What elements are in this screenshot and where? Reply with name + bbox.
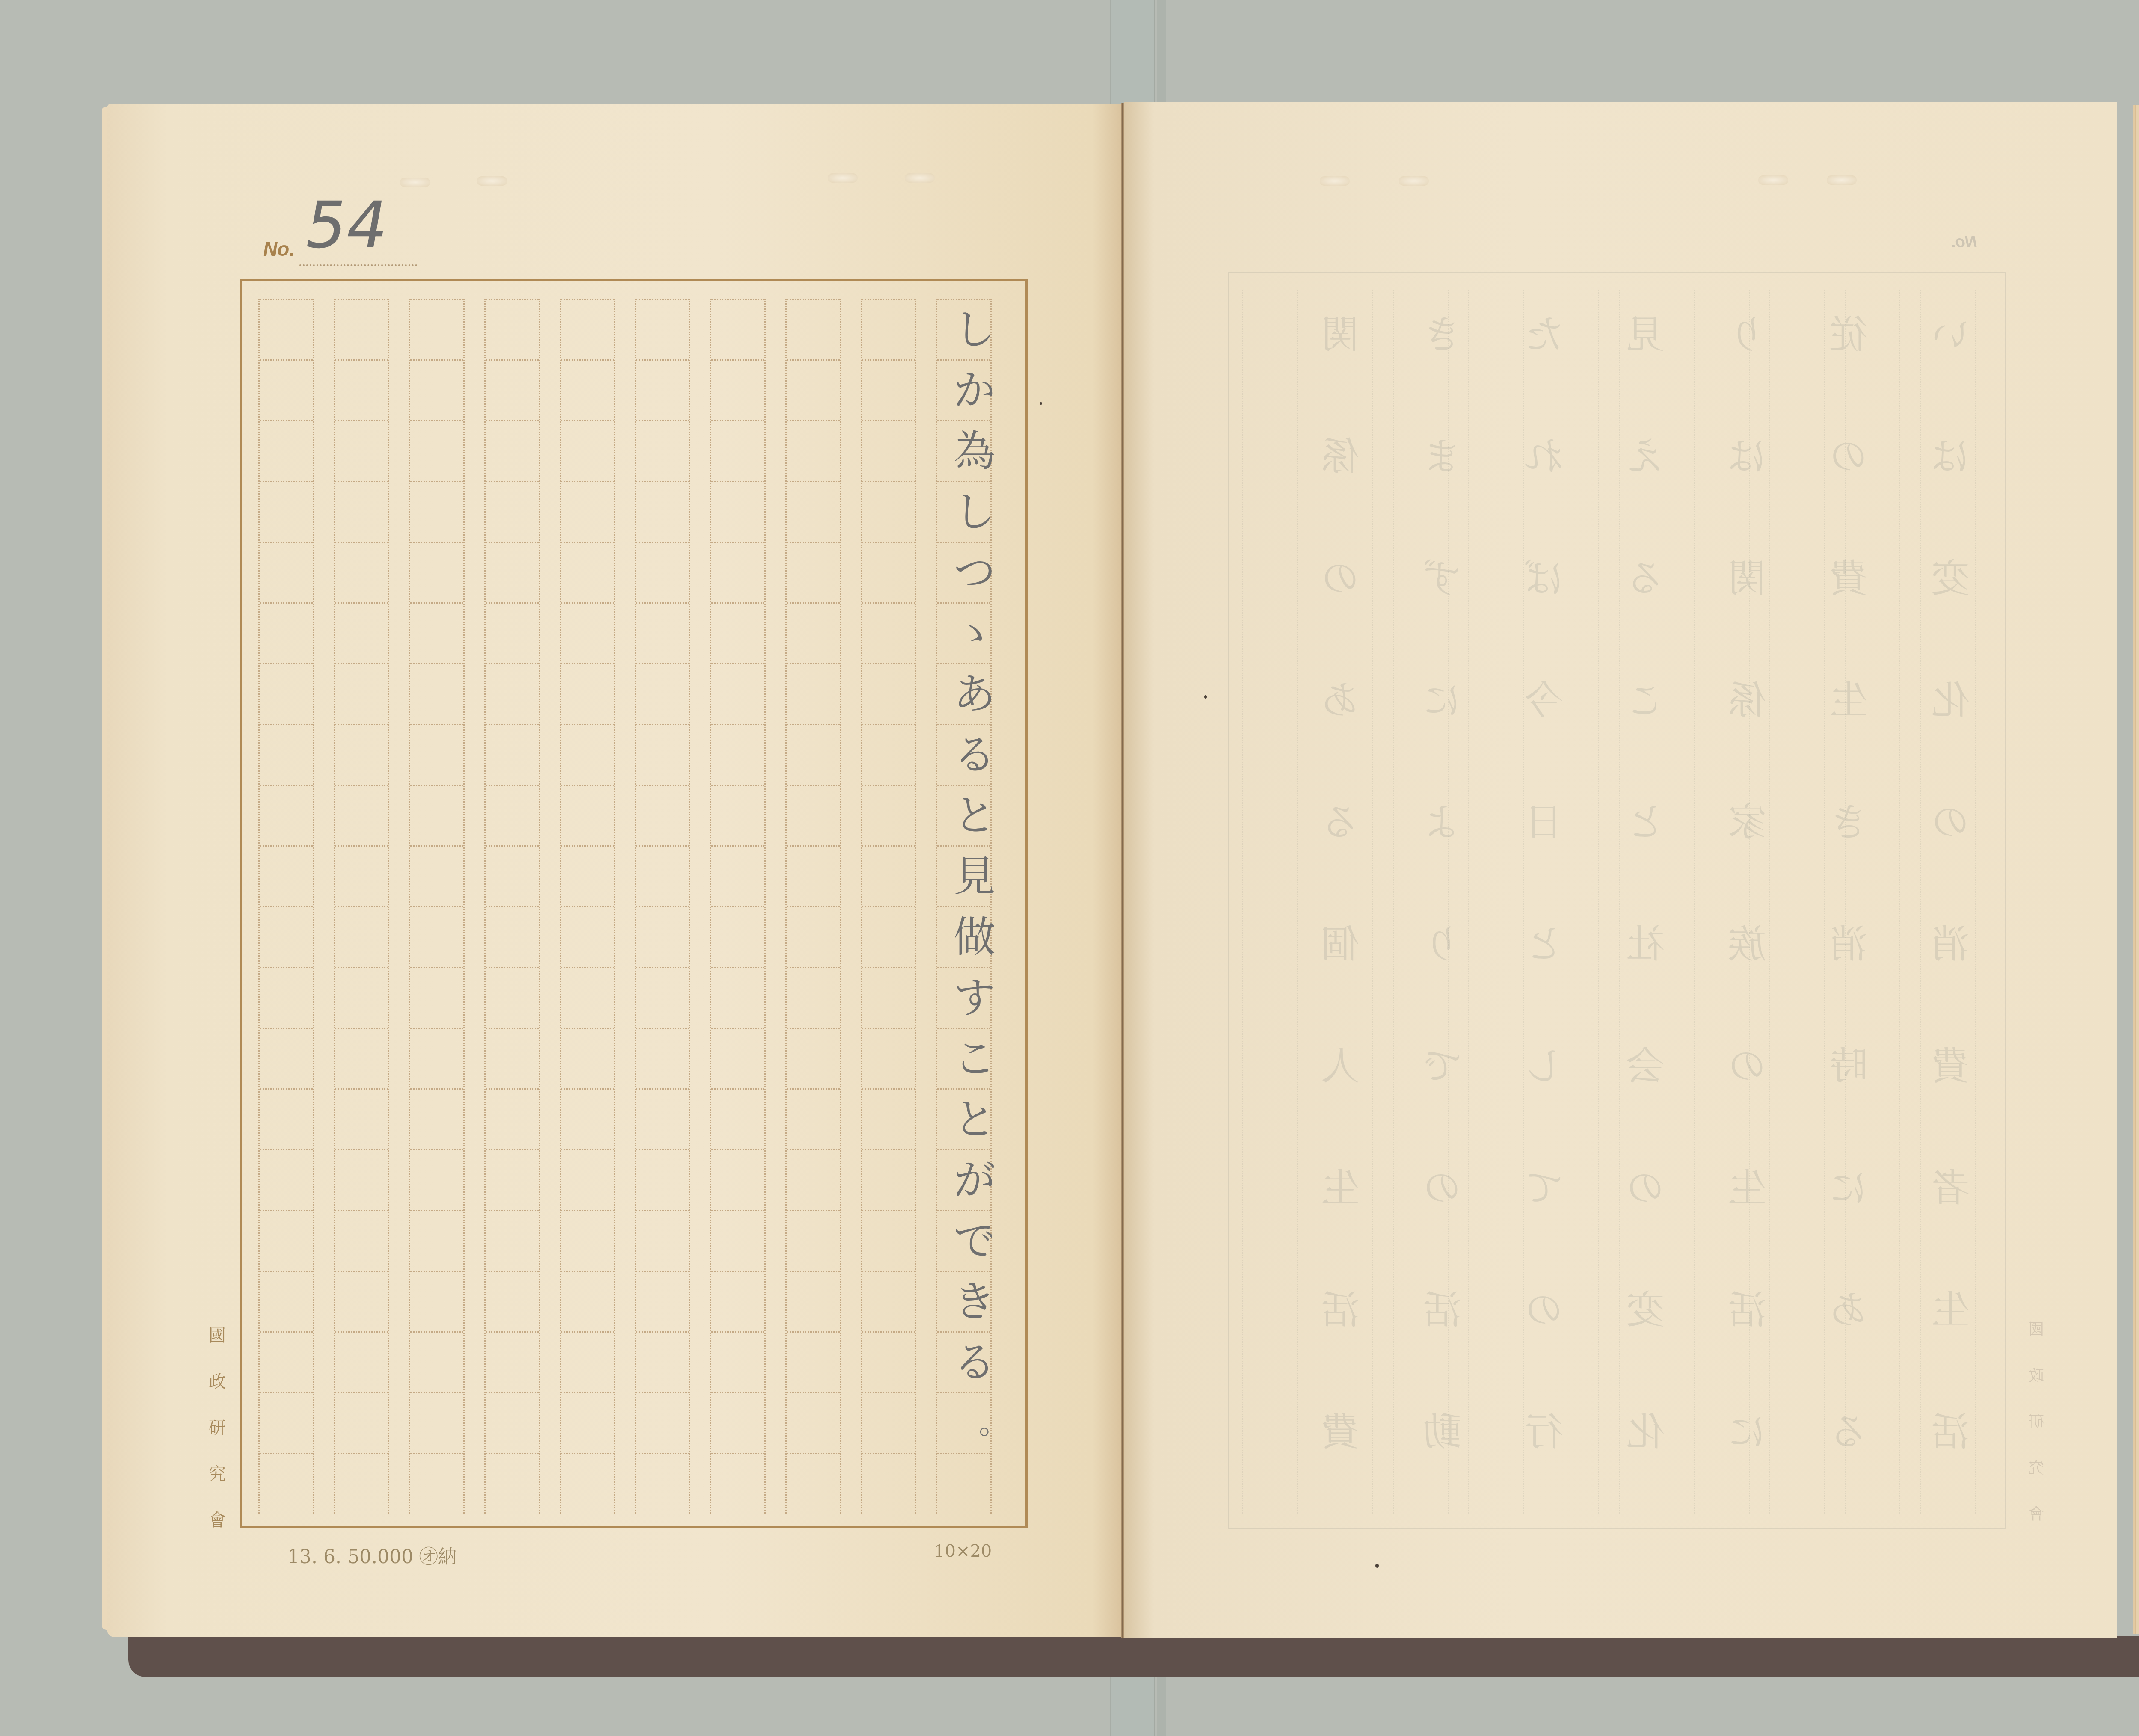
ghost-char: え [1618, 425, 1673, 481]
grid-cell [486, 542, 539, 602]
grid-cell [260, 1088, 313, 1149]
ghost-grid-column [1769, 290, 1825, 1514]
grid-cell [260, 967, 313, 1028]
ghost-char: の [1821, 425, 1876, 481]
ghost-char: 関 [1719, 547, 1775, 603]
ghost-char: 活 [1414, 1279, 1470, 1334]
grid-cell [410, 1271, 463, 1331]
ghost-char: の [1516, 1279, 1572, 1334]
ghost-char: 社 [1618, 913, 1673, 969]
grid-cell [260, 299, 313, 359]
grid-cell [260, 1453, 313, 1514]
emboss-mark [1320, 176, 1350, 186]
grid-cell [260, 785, 313, 845]
grid-cell [787, 1149, 840, 1210]
ghost-char: り [1414, 913, 1470, 969]
ghost-char: よ [1414, 791, 1470, 847]
grid-cell [335, 785, 388, 845]
handwritten-char: 做 [940, 907, 1009, 968]
grid-cell [486, 1331, 539, 1392]
grid-cell [486, 481, 539, 542]
handwritten-char: か [940, 360, 1009, 421]
grid-cell [636, 1088, 689, 1149]
grid-cell [410, 663, 463, 724]
ghost-char: ば [1516, 547, 1572, 603]
ghost-char: 関 [1312, 303, 1368, 359]
ghost-char: 変 [1923, 547, 1978, 603]
ghost-char: 化 [1923, 669, 1978, 725]
ghost-char: る [1618, 547, 1673, 603]
grid-cell [636, 1271, 689, 1331]
grid-cell [862, 1271, 915, 1331]
grid-cell [787, 481, 840, 542]
grid-column [861, 299, 916, 1514]
grid-cell [711, 1088, 764, 1149]
grid-cell [711, 602, 764, 663]
grid-cell [862, 1210, 915, 1271]
ghost-char: 見 [1618, 303, 1673, 359]
grid-cell [335, 1088, 388, 1149]
grid-cell [711, 1210, 764, 1271]
grid-cell [787, 724, 840, 785]
ghost-char: 消 [1923, 913, 1978, 969]
grid-cell [260, 1331, 313, 1392]
grid-column [409, 299, 465, 1514]
grid-cell [711, 1271, 764, 1331]
grid-cell [711, 1149, 764, 1210]
grid-cell [486, 724, 539, 785]
page-number-label: No. [263, 237, 295, 261]
grid-cell [410, 359, 463, 420]
grid-cell [410, 1331, 463, 1392]
grid-cell [486, 1453, 539, 1514]
grid-cell [636, 724, 689, 785]
paper-speck [1040, 402, 1042, 405]
grid-cell [486, 845, 539, 906]
grid-cell [711, 785, 764, 845]
ghost-char: 族 [1719, 913, 1775, 969]
paper-speck [1204, 695, 1207, 699]
grid-cell [260, 1392, 313, 1453]
grid-cell [636, 1331, 689, 1392]
ghost-char: て [1516, 1157, 1572, 1212]
grid-cell [486, 420, 539, 481]
grid-cell [862, 724, 915, 785]
grid-cell [486, 906, 539, 967]
grid-cell [561, 1453, 614, 1514]
ghost-char: 化 [1618, 1401, 1673, 1456]
grid-cell [636, 906, 689, 967]
grid-cell [486, 967, 539, 1028]
ghost-char: の [1923, 791, 1978, 847]
ghost-char: 生 [1923, 1279, 1978, 1334]
grid-cell [787, 845, 840, 906]
grid-cell [410, 1088, 463, 1149]
grid-cell [410, 724, 463, 785]
grid-cell [787, 967, 840, 1028]
publisher-char: 政 [204, 1368, 230, 1392]
grid-cell [335, 1331, 388, 1392]
ghost-char: 時 [1821, 1035, 1876, 1090]
grid-cell [787, 299, 840, 359]
grid-cell [787, 1028, 840, 1088]
emboss-mark [905, 173, 935, 183]
ghost-char: ず [1414, 547, 1470, 603]
ghost-char: 活 [1312, 1279, 1368, 1334]
grid-cell [410, 906, 463, 967]
ghost-char: は [1719, 425, 1775, 481]
ghost-char: き [1414, 303, 1470, 359]
grid-cell [335, 724, 388, 785]
grid-cell [561, 967, 614, 1028]
ghost-char: 変 [1618, 1279, 1673, 1334]
grid-cell [711, 299, 764, 359]
grid-cell [561, 1392, 614, 1453]
grid-cell [636, 359, 689, 420]
grid-cell [410, 602, 463, 663]
handwritten-char: 見 [940, 846, 1009, 907]
handwritten-char: つ [940, 542, 1009, 603]
grid-cell [787, 542, 840, 602]
grid-cell [787, 1210, 840, 1271]
grid-cell [711, 1331, 764, 1392]
ghost-publisher-imprint: 國政研究會 [2026, 1318, 2047, 1549]
handwritten-char: ゝ [940, 603, 1009, 664]
book-gutter [1121, 103, 1124, 1638]
ghost-char: に [1719, 1401, 1775, 1456]
ghost-char: 費 [1312, 1401, 1368, 1456]
publisher-char: 國 [204, 1322, 230, 1346]
grid-column [334, 299, 389, 1514]
grid-cell [561, 724, 614, 785]
grid-cell [711, 845, 764, 906]
grid-cell [486, 1271, 539, 1331]
grid-cell [260, 845, 313, 906]
grid-cell [636, 542, 689, 602]
grid-cell [787, 1271, 840, 1331]
grid-cell [561, 1271, 614, 1331]
grid-cell [711, 906, 764, 967]
ghost-publisher-char: 會 [2026, 1502, 2047, 1549]
grid-column [560, 299, 615, 1514]
grid-cell [335, 1028, 388, 1088]
ghost-page-number-label: No. [1951, 233, 1977, 252]
grid-cell [787, 663, 840, 724]
grid-cell [335, 542, 388, 602]
ghost-grid-column [1242, 290, 1298, 1514]
handwritten-char: 。 [960, 1393, 1028, 1454]
grid-cell [335, 1271, 388, 1331]
grid-cell [787, 785, 840, 845]
grid-cell [636, 785, 689, 845]
grid-cell [486, 785, 539, 845]
ghost-char: き [1821, 791, 1876, 847]
grid-cell [335, 1149, 388, 1210]
publisher-char: 會 [204, 1507, 230, 1531]
grid-cell [787, 906, 840, 967]
ghost-publisher-char: 政 [2026, 1364, 2047, 1410]
ghost-char: の [1312, 547, 1368, 603]
grid-cell [862, 845, 915, 906]
grid-cell [260, 1028, 313, 1088]
grid-cell [787, 602, 840, 663]
ghost-char: 従 [1821, 303, 1876, 359]
grid-cell [862, 1453, 915, 1514]
ghost-char: る [1821, 1401, 1876, 1456]
grid-cell [561, 359, 614, 420]
ghost-char: こ [1618, 669, 1673, 725]
grid-cell [711, 663, 764, 724]
grid-cell [711, 1028, 764, 1088]
grid-cell [636, 967, 689, 1028]
ghost-char: 生 [1719, 1157, 1775, 1212]
ghost-char: 行 [1516, 1401, 1572, 1456]
grid-cell [636, 1392, 689, 1453]
grid-cell [636, 1210, 689, 1271]
ghost-char: 活 [1923, 1401, 1978, 1456]
ghost-char: 動 [1414, 1401, 1470, 1456]
ghost-char: 会 [1618, 1035, 1673, 1090]
handwritten-char: し [940, 299, 1009, 360]
grid-cell [335, 602, 388, 663]
grid-cell [410, 542, 463, 602]
grid-cell [862, 1028, 915, 1088]
grid-cell [937, 1453, 990, 1514]
ghost-char: 消 [1821, 913, 1876, 969]
grid-cell [561, 1028, 614, 1088]
grid-cell [335, 906, 388, 967]
handwritten-char: こ [940, 1028, 1009, 1089]
grid-column [635, 299, 690, 1514]
grid-column [785, 299, 841, 1514]
grid-cell [260, 542, 313, 602]
grid-cell [410, 1392, 463, 1453]
page-number-dotted-line [299, 264, 417, 266]
grid-cell [561, 663, 614, 724]
handwritten-char: る [940, 1332, 1009, 1393]
grid-cell [260, 1149, 313, 1210]
grid-cell [260, 359, 313, 420]
grid-cell [561, 1088, 614, 1149]
ghost-char: 人 [1312, 1035, 1368, 1090]
ghost-char: 個 [1312, 913, 1368, 969]
grid-cell [486, 602, 539, 663]
grid-cell [335, 845, 388, 906]
publisher-char: 究 [204, 1460, 230, 1485]
grid-cell [711, 542, 764, 602]
ghost-char: 今 [1516, 669, 1572, 725]
ghost-char: に [1821, 1157, 1876, 1212]
publisher-char: 研 [204, 1414, 230, 1439]
grid-cell [486, 1149, 539, 1210]
ghost-char: れ [1516, 425, 1572, 481]
grid-cell [260, 420, 313, 481]
grid-cell [335, 359, 388, 420]
ghost-grid-frame: いは変化の消費者生活従の費生き消時にあるりは関係家族の生活に見えること社会の変化… [1228, 272, 2006, 1529]
grid-cell [486, 1210, 539, 1271]
grid-cell [260, 481, 313, 542]
handwritten-char: と [940, 785, 1009, 846]
paper-speck [1375, 1564, 1379, 1568]
handwritten-char: し [940, 482, 1009, 542]
grid-cell [787, 420, 840, 481]
ghost-char: る [1312, 791, 1368, 847]
grid-cell [711, 967, 764, 1028]
grid-cell [862, 602, 915, 663]
emboss-mark [828, 173, 858, 183]
grid-cell [410, 845, 463, 906]
ghost-char: あ [1312, 669, 1368, 725]
ghost-publisher-char: 研 [2026, 1410, 2047, 1456]
grid-cell [260, 906, 313, 967]
ghost-char: の [1719, 1035, 1775, 1090]
ghost-char: た [1516, 303, 1572, 359]
ghost-char: 生 [1312, 1157, 1368, 1212]
handwritten-char: る [940, 725, 1009, 785]
grid-cell [711, 1392, 764, 1453]
grid-cell [862, 359, 915, 420]
grid-cell [711, 724, 764, 785]
grid-column [710, 299, 766, 1514]
grid-cell [862, 1149, 915, 1210]
grid-cell [561, 1210, 614, 1271]
handwritten-char: が [940, 1150, 1009, 1211]
book-fore-edge [2133, 105, 2139, 1634]
ghost-char: の [1618, 1157, 1673, 1212]
grid-cell [561, 1149, 614, 1210]
ghost-char: 日 [1516, 791, 1572, 847]
grid-size-footer: 10×20 [934, 1541, 992, 1561]
grid-cell [636, 1453, 689, 1514]
emboss-mark [1399, 176, 1429, 186]
grid-column [258, 299, 314, 1514]
grid-cell [561, 420, 614, 481]
handwritten-char: あ [940, 664, 1009, 725]
ghost-grid-column [1468, 290, 1524, 1514]
grid-cell [787, 1453, 840, 1514]
grid-cell [636, 845, 689, 906]
ghost-char: い [1923, 303, 1978, 359]
grid-cell [335, 420, 388, 481]
grid-cell [787, 1331, 840, 1392]
ghost-char: の [1414, 1157, 1470, 1212]
grid-cell [636, 299, 689, 359]
grid-cell [410, 1028, 463, 1088]
manuscript-grid-frame [240, 279, 1028, 1528]
grid-cell [862, 299, 915, 359]
grid-cell [260, 602, 313, 663]
grid-cell [561, 299, 614, 359]
grid-cell [260, 663, 313, 724]
grid-cell [486, 1392, 539, 1453]
grid-cell [410, 1453, 463, 1514]
handwritten-char: 為 [940, 421, 1009, 482]
ghost-char: 活 [1719, 1279, 1775, 1334]
grid-cell [711, 1453, 764, 1514]
grid-cell [636, 481, 689, 542]
ghost-char: 生 [1821, 669, 1876, 725]
grid-cell [862, 967, 915, 1028]
grid-cell [636, 420, 689, 481]
grid-cell [335, 299, 388, 359]
grid-cell [410, 420, 463, 481]
grid-cell [862, 1331, 915, 1392]
grid-cell [787, 359, 840, 420]
grid-cell [486, 1028, 539, 1088]
ghost-char: と [1516, 913, 1572, 969]
grid-cell [260, 1271, 313, 1331]
emboss-mark [400, 178, 430, 187]
handwritten-char: す [940, 968, 1009, 1028]
grid-cell [636, 663, 689, 724]
ghost-publisher-char: 究 [2026, 1456, 2047, 1502]
grid-cell [561, 906, 614, 967]
grid-cell [335, 1392, 388, 1453]
grid-cell [711, 359, 764, 420]
book-shadow [128, 1636, 2139, 1677]
grid-cell [787, 1392, 840, 1453]
print-info-footer: 13. 6. 50.000 ㋔納 [287, 1541, 457, 1569]
grid-column [484, 299, 540, 1514]
grid-cell [711, 481, 764, 542]
grid-cell [260, 724, 313, 785]
ghost-char: で [1414, 1035, 1470, 1090]
ghost-char: 費 [1821, 547, 1876, 603]
handwritten-char: で [940, 1211, 1009, 1271]
grid-cell [410, 967, 463, 1028]
grid-cell [561, 785, 614, 845]
grid-cell [335, 1210, 388, 1271]
grid-cell [486, 663, 539, 724]
ghost-char: り [1719, 303, 1775, 359]
grid-cell [410, 299, 463, 359]
grid-cell [335, 967, 388, 1028]
grid-cell [561, 602, 614, 663]
grid-cell [561, 542, 614, 602]
grid-cell [862, 542, 915, 602]
grid-cell [862, 481, 915, 542]
grid-cell [636, 1149, 689, 1210]
handwritten-char: き [940, 1271, 1009, 1332]
grid-cell [335, 663, 388, 724]
grid-cell [862, 663, 915, 724]
grid-cell [862, 785, 915, 845]
grid-cell [561, 845, 614, 906]
ghost-char: に [1414, 669, 1470, 725]
grid-cell [410, 785, 463, 845]
grid-cell [410, 481, 463, 542]
grid-cell [486, 299, 539, 359]
ghost-char: は [1923, 425, 1978, 481]
grid-cell [862, 1392, 915, 1453]
grid-cell [486, 359, 539, 420]
grid-cell [862, 906, 915, 967]
ghost-char: 者 [1923, 1157, 1978, 1212]
grid-cell [486, 1088, 539, 1149]
grid-cell [636, 602, 689, 663]
grid-cell [561, 1331, 614, 1392]
ghost-char: ま [1414, 425, 1470, 481]
grid-cell [862, 1088, 915, 1149]
ghost-char: 費 [1923, 1035, 1978, 1090]
ghost-publisher-char: 國 [2026, 1318, 2047, 1364]
emboss-mark [1758, 175, 1788, 185]
ghost-char: し [1516, 1035, 1572, 1090]
handwritten-char: と [940, 1089, 1009, 1150]
handwritten-page-number: 54 [299, 188, 394, 263]
grid-cell [410, 1149, 463, 1210]
ghost-char: あ [1821, 1279, 1876, 1334]
